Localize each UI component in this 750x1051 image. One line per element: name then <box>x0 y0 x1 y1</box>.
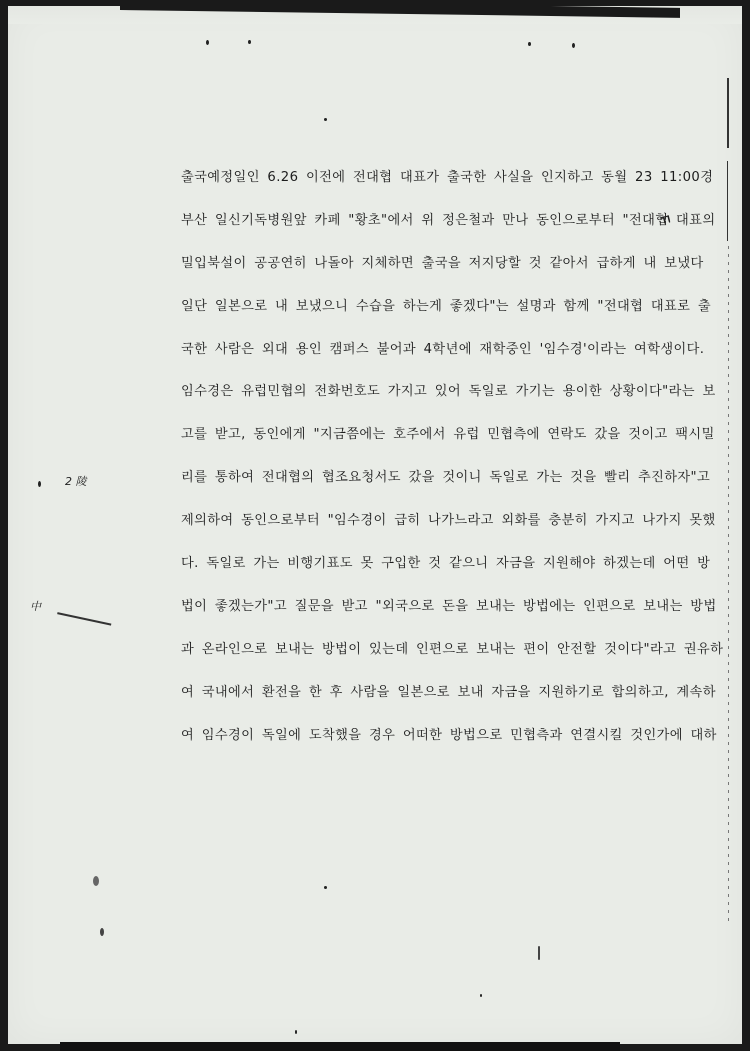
scan-speck <box>38 481 41 487</box>
text-line-1: 출국예정일인 6.26 이전에 전대협 대표가 출국한 사실을 인지하고 동월 … <box>181 166 721 209</box>
text-line-13: 여 국내에서 환전을 한 후 사람을 일본으로 보내 자금을 지원하기로 합의하… <box>181 681 721 724</box>
scan-speck <box>528 42 531 46</box>
right-margin-dotted-rule <box>728 246 729 926</box>
scan-speck <box>324 886 327 889</box>
scan-speck <box>324 118 327 121</box>
body-text: 출국예정일인 6.26 이전에 전대협 대표가 출국한 사실을 인지하고 동월 … <box>181 166 721 766</box>
text-line-14: 여 임수경이 독일에 도착했을 경우 어떠한 방법으로 민협측과 연결시킬 것인… <box>181 724 721 767</box>
text-line-5: 국한 사람은 외대 용인 캠퍼스 불어과 4학년에 재학중인 '임수경'이라는 … <box>181 338 721 381</box>
scan-speck <box>206 40 209 45</box>
text-line-9: 제의하여 동인으로부터 "임수경이 급히 나가느라고 외화를 충분히 가지고 나… <box>181 509 721 552</box>
scan-speck <box>538 946 540 960</box>
text-line-8: 리를 통하여 전대협의 협조요청서도 갔을 것이니 독일로 가는 것을 빨리 추… <box>181 466 721 509</box>
scan-speck <box>295 1030 297 1034</box>
text-line-7: 고를 받고, 동인에게 "지금쯤에는 호주에서 유럽 민협측에 연락도 갔을 것… <box>181 423 721 466</box>
text-line-3: 밀입북설이 공공연히 나돌아 지체하면 출국을 저지당할 것 같아서 급하게 내… <box>181 252 721 295</box>
scan-speck <box>93 876 99 886</box>
text-line-11: 법이 좋겠는가"고 질문을 받고 "외국으로 돈을 보내는 방법에는 인편으로 … <box>181 595 721 638</box>
text-line-12: 과 온라인으로 보내는 방법이 있는데 인편으로 보내는 편이 안전할 것이다"… <box>181 638 721 681</box>
right-margin-rule-middle <box>727 161 728 241</box>
text-line-4: 일단 일본으로 내 보냈으니 수습을 하는게 좋겠다"는 설명과 함께 "전대협… <box>181 295 721 338</box>
margin-note-left-lower: 中 <box>30 598 41 614</box>
scan-bottom-edge <box>60 1042 620 1051</box>
right-margin-rule-upper <box>727 78 729 148</box>
scan-speck <box>100 928 104 936</box>
scan-speck <box>572 43 575 48</box>
scan-speck <box>480 994 482 997</box>
scan-speck <box>248 40 251 44</box>
text-line-2: 부산 일신기독병원앞 카페 "황초"에서 위 정은철과 만나 동인으로부터 "전… <box>181 209 721 252</box>
scanned-page: 출국예정일인 6.26 이전에 전대협 대표가 출국한 사실을 인지하고 동월 … <box>8 6 742 1044</box>
margin-note-left-upper: 2 陵 <box>65 473 87 489</box>
handwritten-underline-mark <box>57 600 114 625</box>
text-line-6: 임수경은 유럽민협의 전화번호도 가지고 있어 독일로 가기는 용이한 상황이다… <box>181 380 721 423</box>
text-line-10: 다. 독일로 가는 비행기표도 못 구입한 것 같으니 자금을 지원해야 하겠는… <box>181 552 721 595</box>
